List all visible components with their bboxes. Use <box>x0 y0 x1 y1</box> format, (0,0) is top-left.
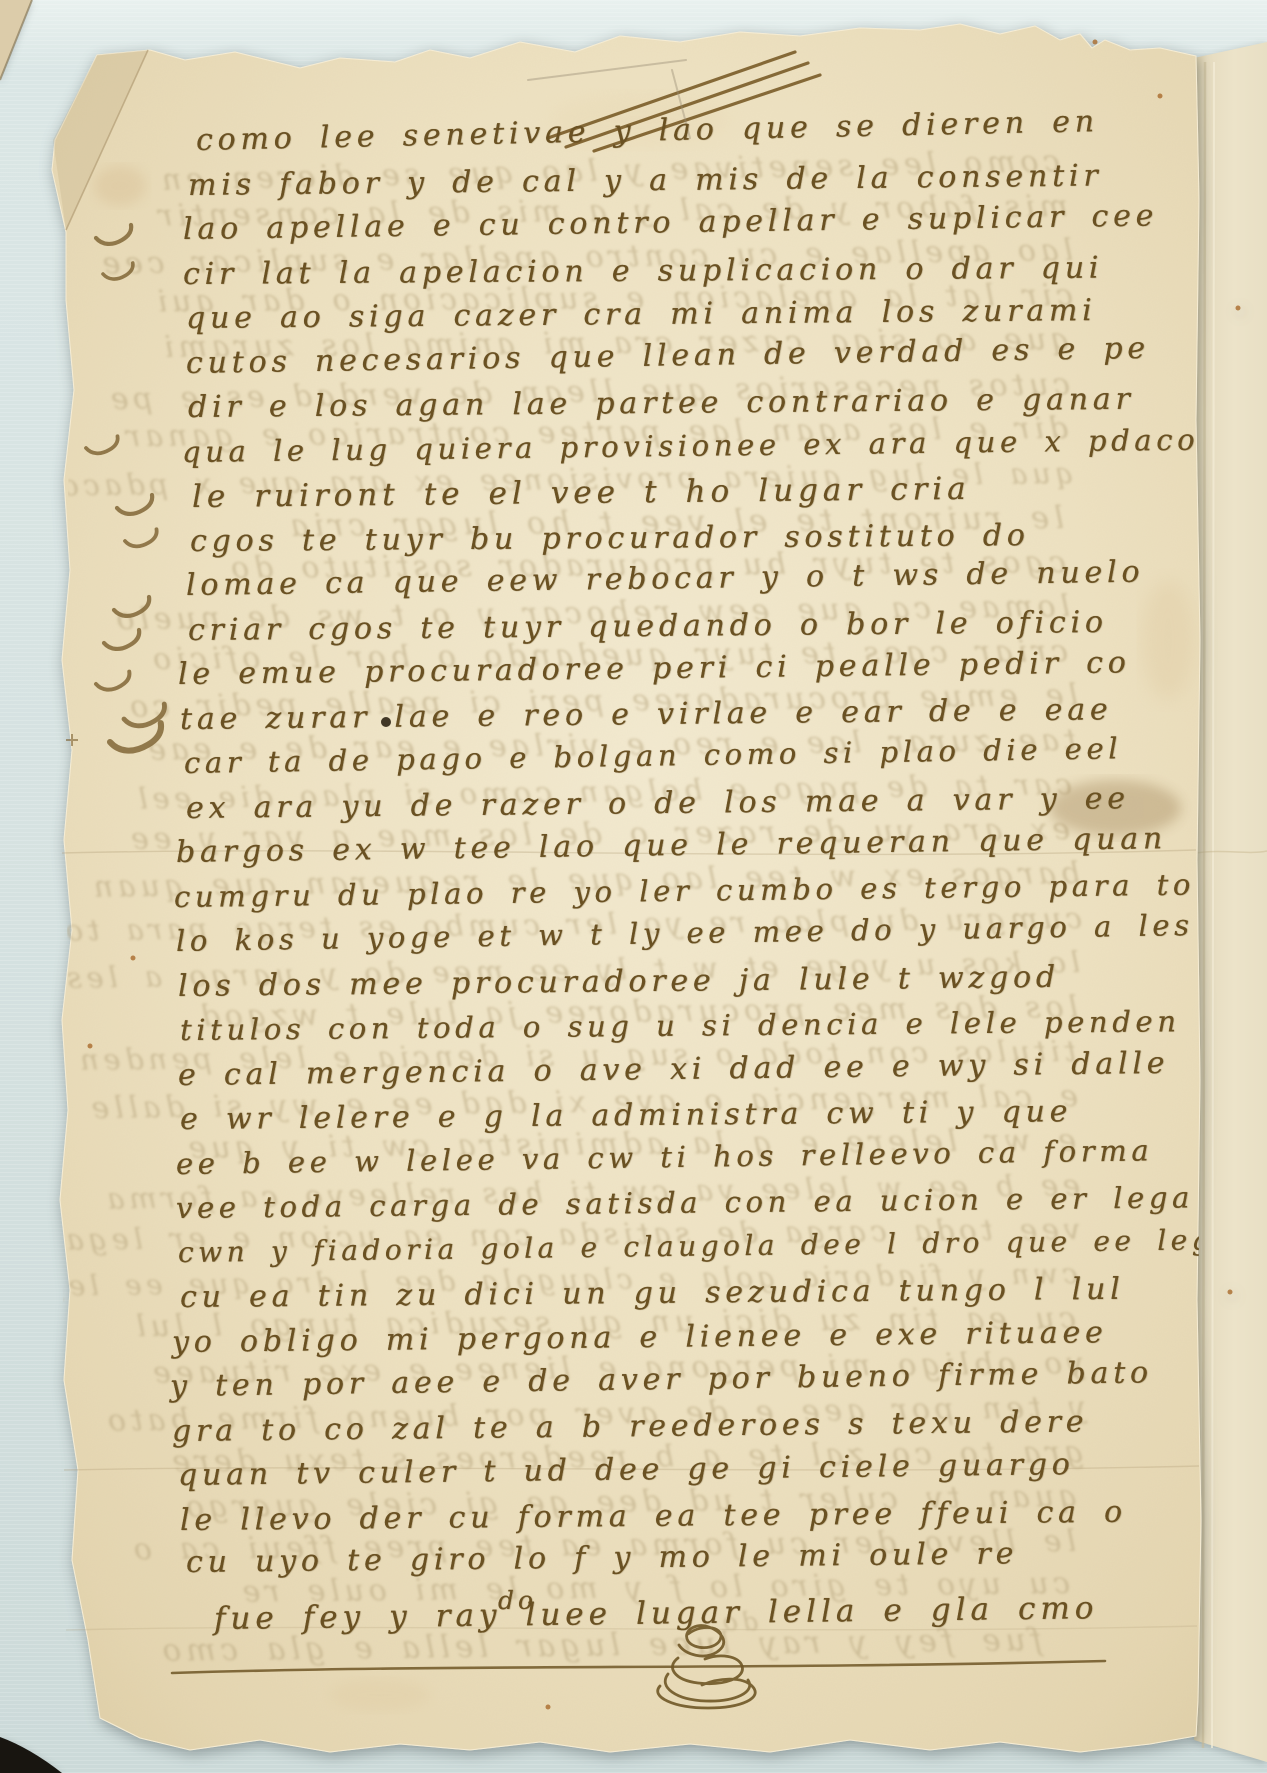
manuscript-scan: como lee senetivae y lao que se dieren e… <box>0 0 1267 1773</box>
backing-sheet <box>0 0 1267 1773</box>
